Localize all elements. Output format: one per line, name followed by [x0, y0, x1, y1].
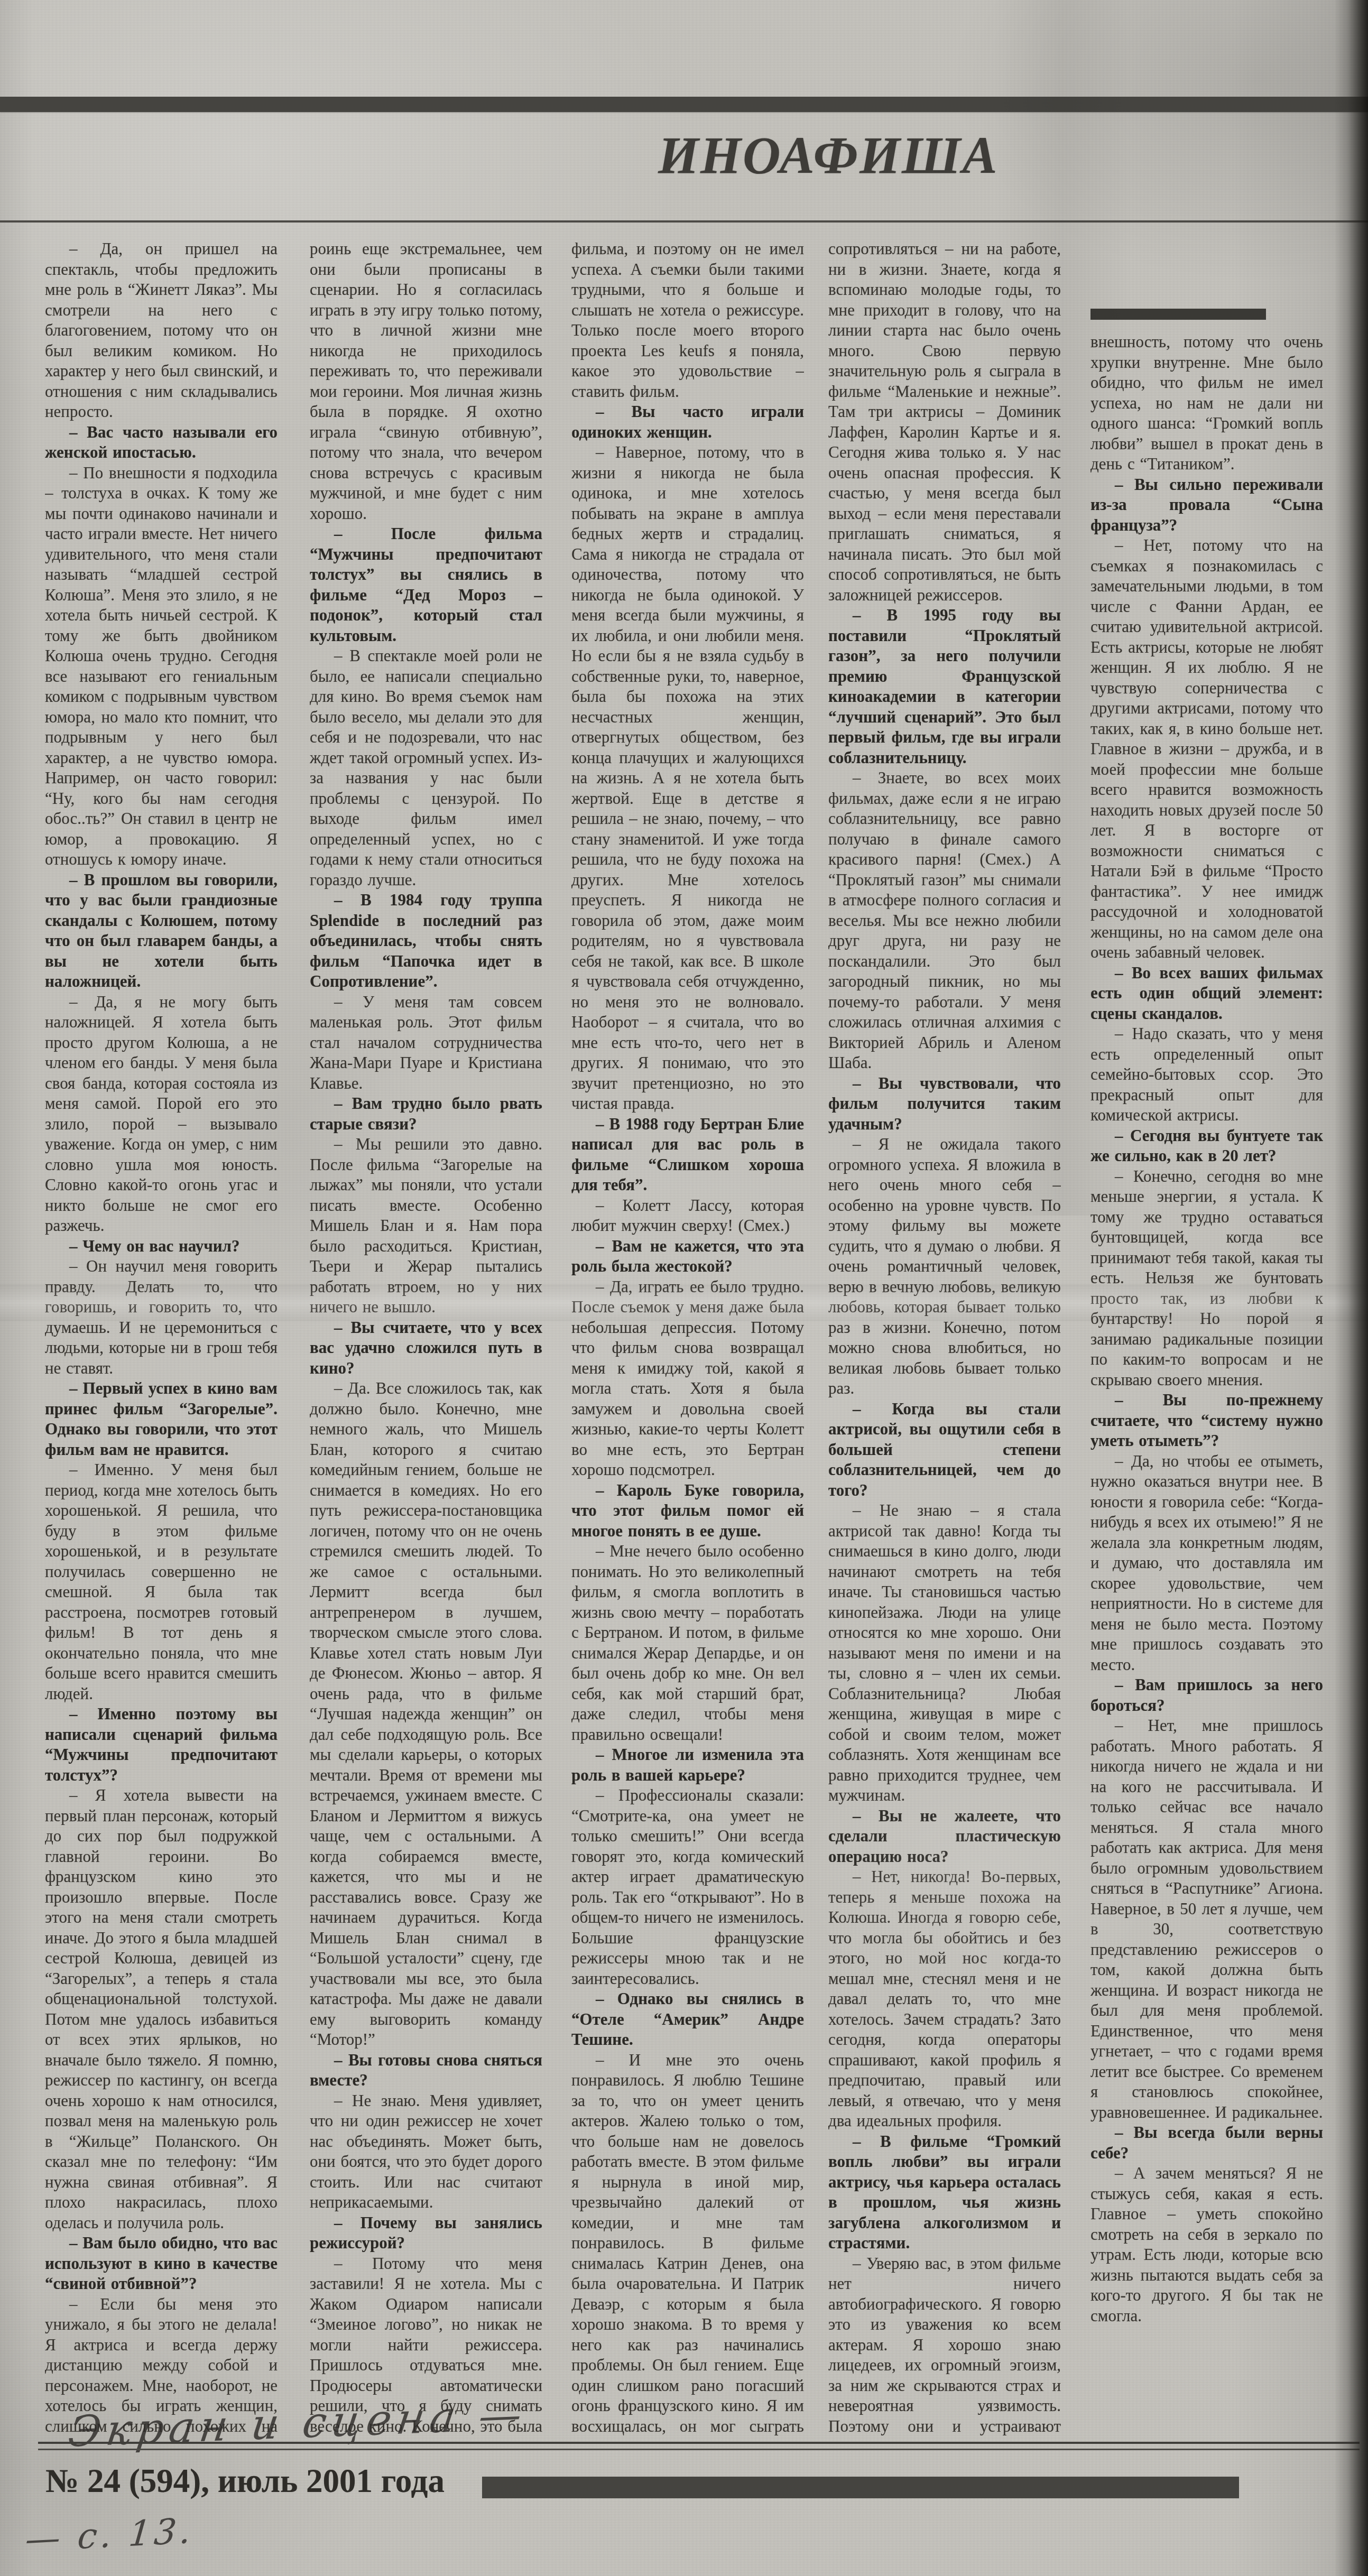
interview-question: – После фильма “Мужчины предпочитают тол… [310, 524, 542, 646]
top-rule-bar [0, 97, 1368, 112]
interview-answer: – По внешности я подходила – толстуха в … [45, 463, 278, 870]
issue-date-line: № 24 (594), июль 2001 года [45, 2462, 445, 2500]
interview-question: – Первый успех в кино вам принес фильм “… [45, 1378, 278, 1460]
interview-answer: – А зачем меняться? Я не стыжусь себя, к… [1090, 2163, 1323, 2326]
interview-answer: – Не знаю. Меня удивляет, что ни один ре… [310, 2091, 542, 2213]
footer-rule [38, 2442, 1360, 2444]
interview-question: – Кароль Буке говорила, что этот фильм п… [571, 1480, 804, 1542]
interview-question: – В фильме “Громкий вопль любви” вы игра… [828, 2132, 1061, 2254]
interview-answer: – Уверяю вас, в этом фильме нет ничего а… [828, 2254, 1061, 2441]
interview-answer: – И мне это очень понравилось. Я люблю Т… [571, 2050, 804, 2441]
interview-answer: роинь еще экстремальнее, чем они были пр… [310, 239, 542, 524]
interview-question: – Однако вы снялись в “Отеле “Америк” Ан… [571, 1989, 804, 2050]
newspaper-scan-page: ИНОАФИША – Да, он пришел на спектакль, ч… [0, 0, 1368, 2576]
handwritten-page-note: — с. 13. [24, 2510, 196, 2560]
interview-question: – Вы всегда были верны себе? [1090, 2123, 1323, 2163]
paper-blotch [159, 898, 423, 1374]
interview-answer: – Да. Все сложилось так, как должно было… [310, 1378, 542, 2050]
interview-answer: – Именно. У меня был период, когда мне х… [45, 1460, 278, 1704]
interview-answer: – В спектакле моей роли не было, ее напи… [310, 646, 542, 890]
interview-answer: фильма, и поэтому он не имел успеха. А с… [571, 239, 804, 402]
interview-question: – Вас часто называли его женской ипостас… [45, 422, 278, 463]
scan-edge-shadow [1334, 0, 1368, 2576]
scan-shadow [994, 0, 1131, 1216]
interview-question: – Вы часто играли одиноких женщин. [571, 402, 804, 442]
footer-rule-thin [38, 2449, 1360, 2450]
interview-answer: – Профессионалы сказали: “Смотрите-ка, о… [571, 1785, 804, 1989]
interview-answer: – Да, он пришел на спектакль, чтобы пред… [45, 239, 278, 422]
section-title: ИНОАФИША [658, 126, 986, 186]
interview-answer: – Да, но чтобы ее отыметь, нужно оказать… [1090, 1451, 1323, 1675]
interview-question: – Вам не кажется, что эта роль была жест… [571, 1236, 804, 1277]
interview-question: – Вы готовы снова сняться вместе? [310, 2050, 542, 2091]
interview-question: – Многое ли изменила эта роль в вашей ка… [571, 1745, 804, 1785]
interview-answer: – Наверное, потому, что в жизни я никогд… [571, 442, 804, 1114]
interview-question: – Именно поэтому вы написали сценарий фи… [45, 1704, 278, 1785]
interview-question: – Когда вы стали актрисой, вы ощутили се… [828, 1399, 1061, 1501]
interview-question: – Вы по-прежнему считаете, что “систему … [1090, 1390, 1323, 1451]
interview-question: – Вам пришлось за него бороться? [1090, 1675, 1323, 1716]
interview-question: – В 1988 году Бертран Блие написал для в… [571, 1114, 804, 1196]
interview-answer: – Колетт Лассу, которая любит мужчин све… [571, 1196, 804, 1236]
interview-answer: – Я хотела вывести на первый план персон… [45, 1785, 278, 2233]
interview-question: – Вам было обидно, что вас используют в … [45, 2233, 278, 2294]
interview-answer: – Мне нечего было особенно понимать. Но … [571, 1541, 804, 1745]
paper-blotch [793, 1744, 1163, 2008]
article-column-3: фильма, и поэтому он не имел успеха. А с… [571, 239, 804, 2440]
interview-question: – Почему вы занялись режиссурой? [310, 2213, 542, 2254]
header-divider-rule [0, 220, 1368, 223]
footer-bar [482, 2477, 1239, 2498]
